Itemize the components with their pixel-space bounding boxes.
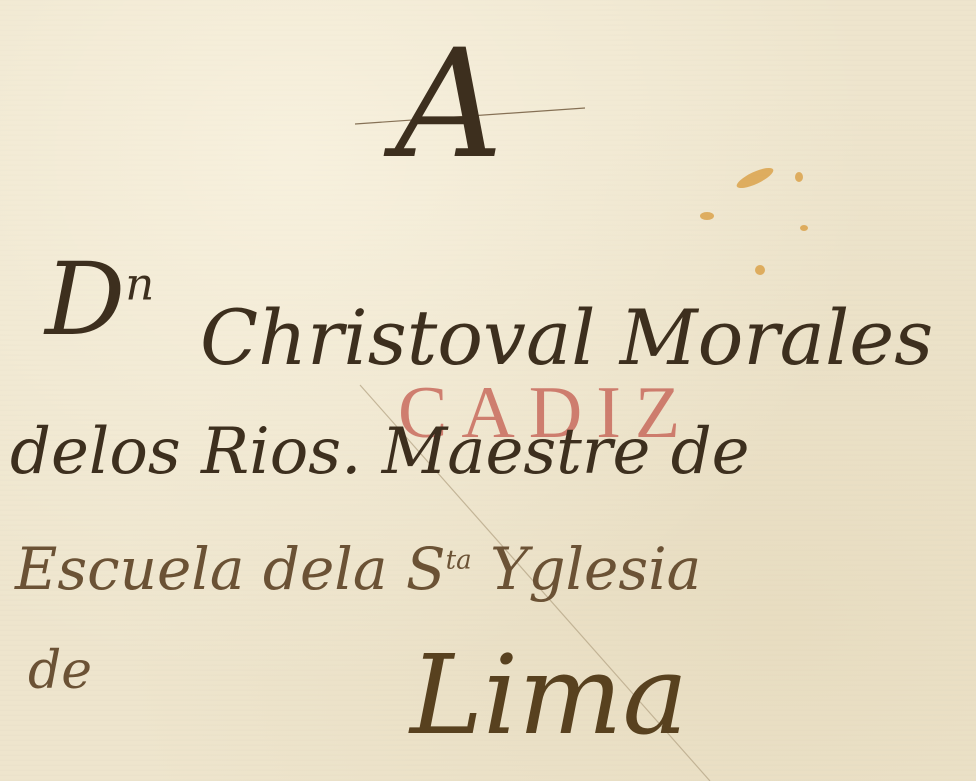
recipient-name: Christoval Morales [200,300,933,376]
honorific: D [45,241,125,358]
address-line-1: Dn [45,250,154,350]
ink-stain [755,265,765,275]
salutation-header: A [395,30,503,180]
destination-city: Lima [410,640,688,750]
ink-stain [700,212,714,220]
address-line-2: delos Rios. Maestre de [10,420,750,484]
line-3-sup: ta [446,546,472,576]
line-3-after: Yglesia [472,535,702,603]
ink-stain [734,164,775,192]
honorific-sup: n [125,258,154,311]
ink-stain [795,172,803,182]
ink-stain [800,225,808,231]
address-line-4: de [28,645,92,697]
letter-cover: A CADIZ Dn Christoval Morales delos Rios… [0,0,976,781]
address-line-3: Escuela dela Sta Yglesia [15,540,701,598]
line-3-text: Escuela dela S [15,535,446,603]
